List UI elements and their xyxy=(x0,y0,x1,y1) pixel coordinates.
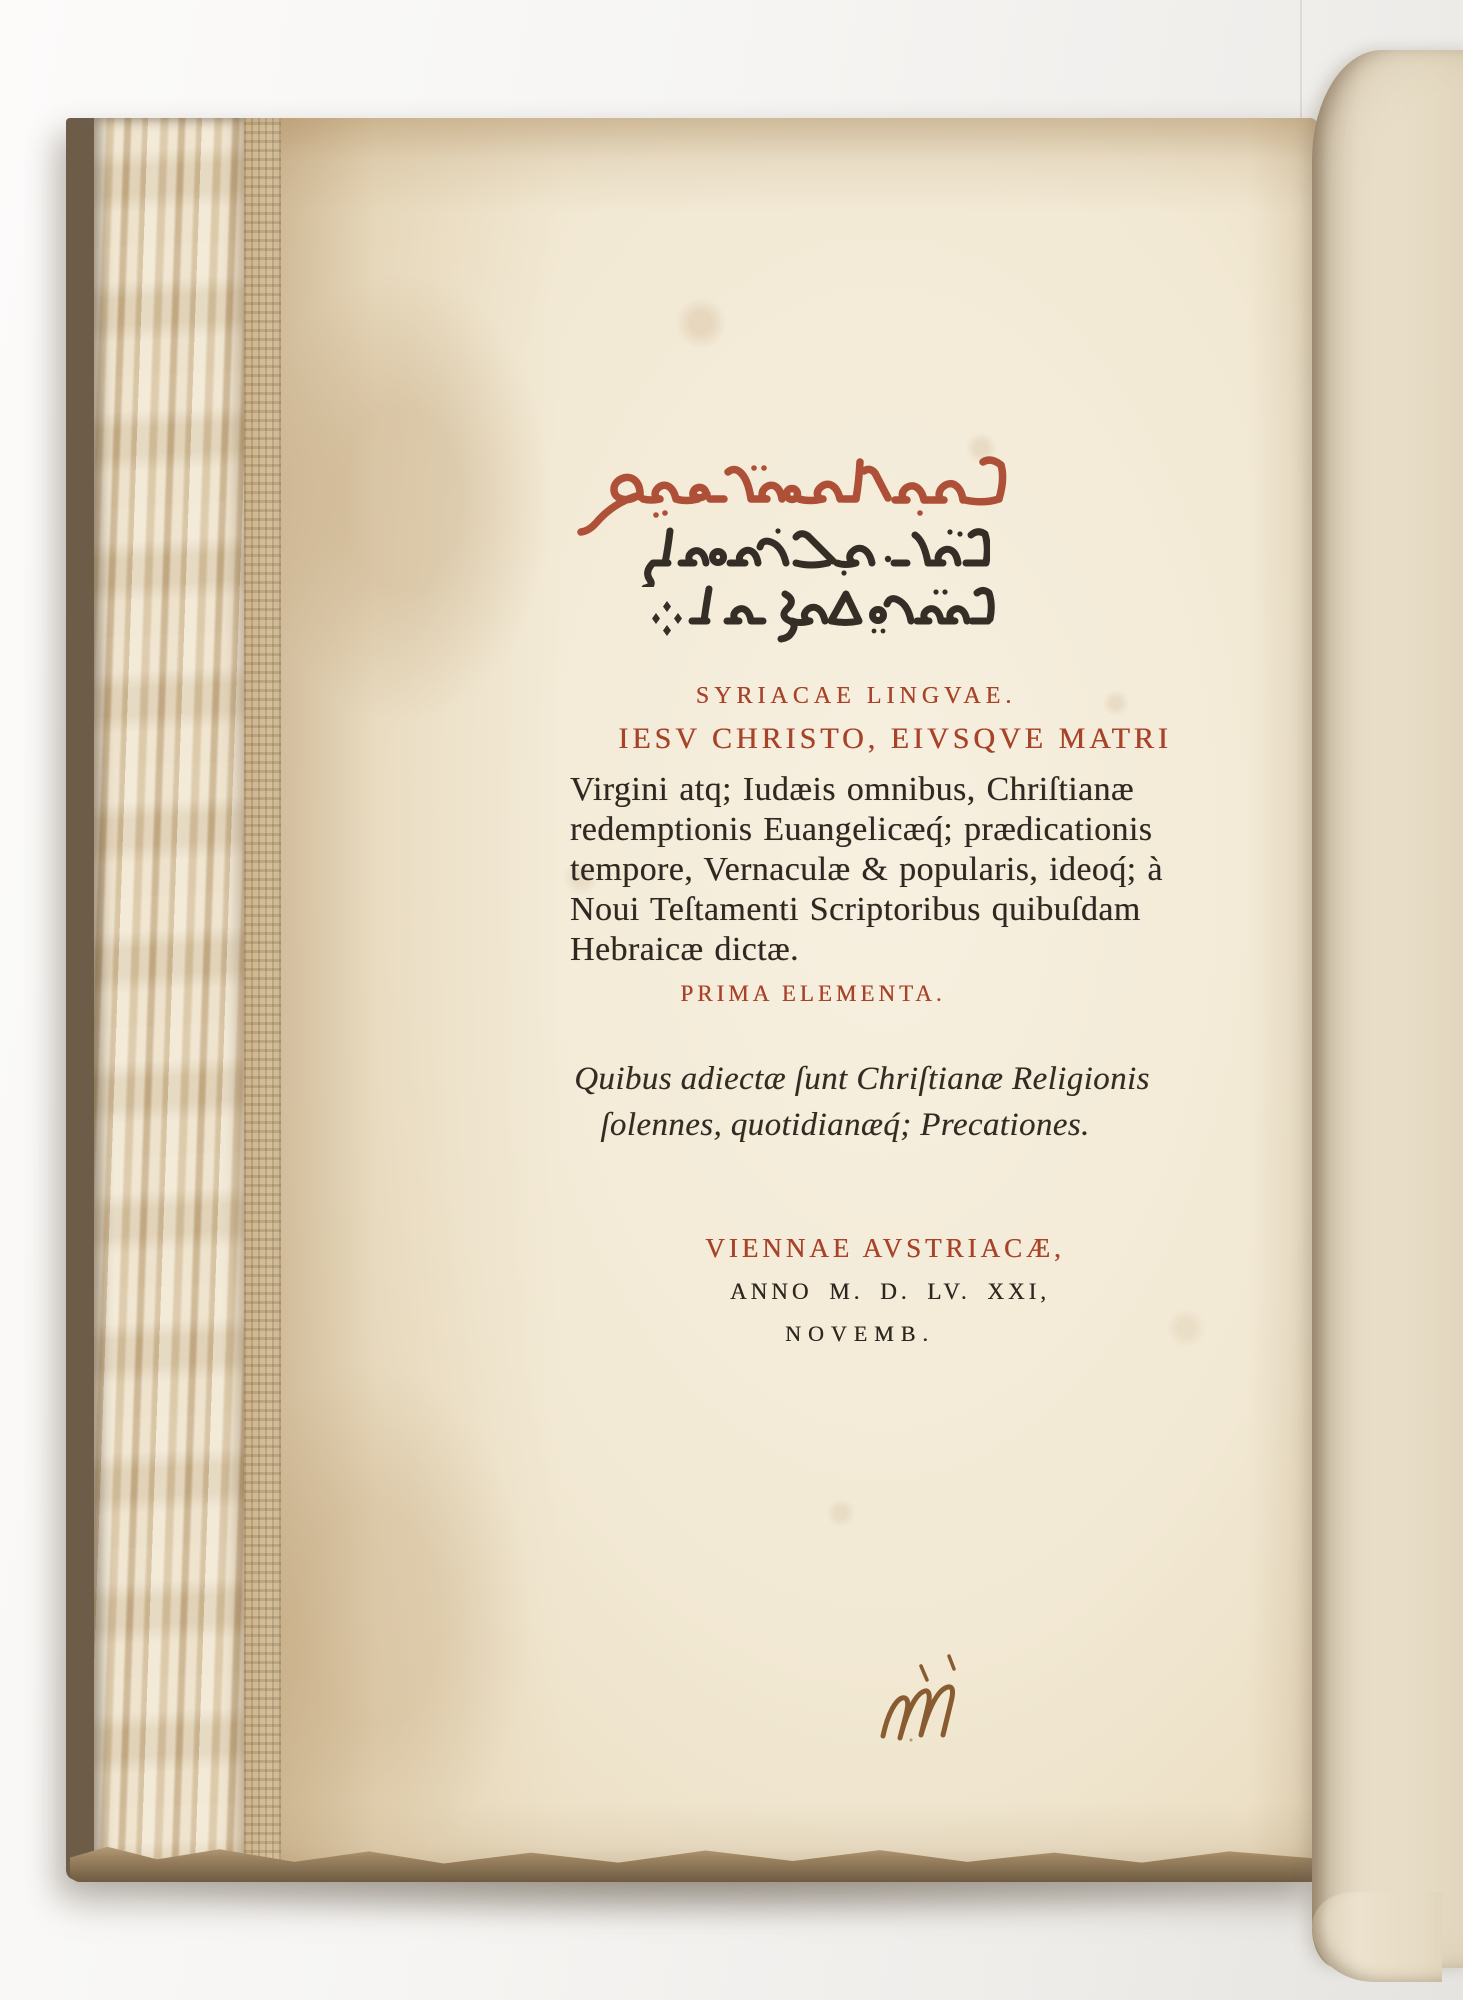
subtitle-line: ſolennes, quotidianæq́; Precationes. xyxy=(600,1107,1089,1144)
body-line: tempore, Vernaculæ & popularis, ideoq́; … xyxy=(570,850,1163,890)
book-photo: SYRIACAE LINGVAE. IESV CHRISTO, EIVSQVE … xyxy=(0,0,1463,2000)
title-line-iesu-christo: IESV CHRISTO, EIVSQVE MATRI xyxy=(618,722,1172,756)
syriac-heading-line-2 xyxy=(590,523,990,587)
imprint-month: NOVEMB. xyxy=(785,1321,935,1347)
imprint-year: ANNO M. D. LV. XXI, xyxy=(730,1279,1050,1305)
upright-facing-leaf xyxy=(1312,50,1463,1968)
open-book: SYRIACAE LINGVAE. IESV CHRISTO, EIVSQVE … xyxy=(66,118,1318,1880)
syriac-heading-line-3 xyxy=(645,581,995,645)
section-heading-prima-elementa: PRIMA ELEMENTA. xyxy=(680,981,945,1007)
handwritten-monogram xyxy=(871,1636,981,1746)
subtitle-line: Quibus adiectæ ſunt Chriſtianæ Religioni… xyxy=(574,1061,1150,1098)
body-line: Virgini atq; Iudæis omnibus, Chriſtianæ xyxy=(570,770,1163,810)
page-fore-edges xyxy=(94,118,246,1880)
body-line: redemptionis Euangelicæq́; prædicationis xyxy=(570,810,1163,850)
title-line-syriacae-linguae: SYRIACAE LINGVAE. xyxy=(696,683,1017,710)
imprint-place: VIENNAE AVSTRIACÆ, xyxy=(705,1233,1065,1264)
title-body-paragraph: Virgini atq; Iudæis omnibus, Chriſtianæ … xyxy=(570,770,1163,970)
body-line: Hebraicæ dictæ. xyxy=(570,930,1163,970)
body-line: Noui Teſtamenti Scriptoribus quibuſdam xyxy=(570,890,1163,930)
title-page: SYRIACAE LINGVAE. IESV CHRISTO, EIVSQVE … xyxy=(281,118,1318,1880)
